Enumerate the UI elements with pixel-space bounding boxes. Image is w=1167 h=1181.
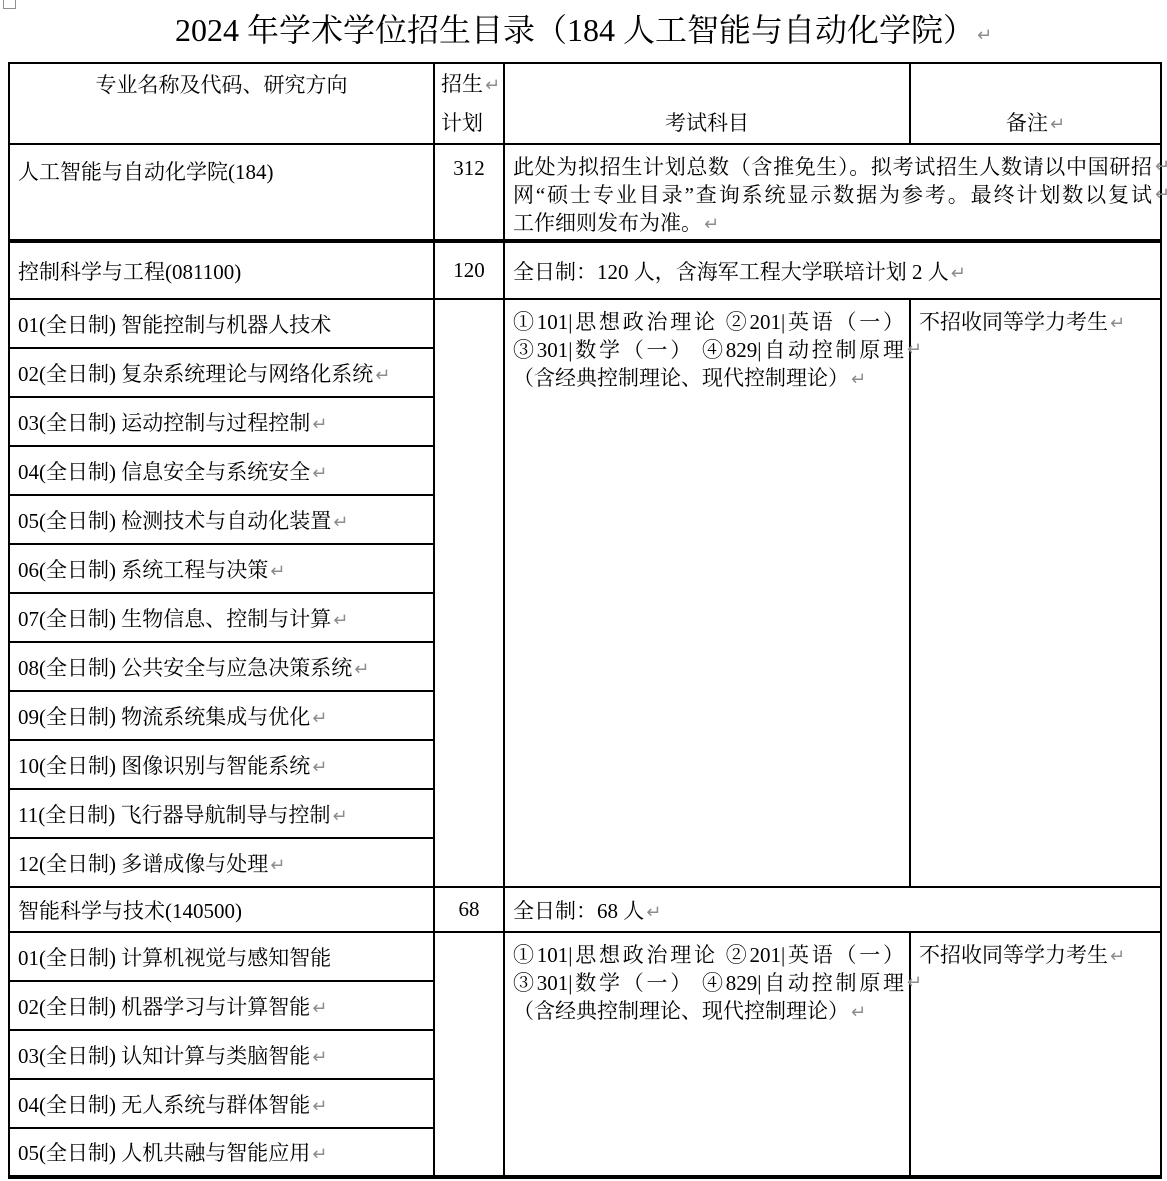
direction-cell: 08(全日制) 公共安全与应急决策系统↵: [9, 642, 434, 691]
header-quota-line2: 计划: [441, 104, 503, 143]
direction-cell: 10(全日制) 图像识别与智能系统↵: [9, 740, 434, 789]
paragraph-mark-icon: ↵: [310, 1144, 327, 1165]
paragraph-mark-icon: ↵: [702, 214, 719, 235]
header-quota-column: 招生↵ 计划: [434, 63, 504, 144]
paragraph-mark-icon: ↵: [268, 855, 285, 876]
program2-note-cell: 全日制：68 人↵: [504, 887, 1161, 932]
program1-quota-cell: 120: [434, 241, 504, 299]
paragraph-mark-icon: ↵: [310, 414, 327, 435]
program1-exam-subjects-cell: ①101|思想政治理论 ②201|英语（一） ③301|数学（一） ④829|自…: [504, 299, 910, 887]
paragraph-mark-icon: ↵: [331, 512, 348, 533]
line-break-mark-icon: ↵: [1153, 181, 1167, 209]
line-break-mark-icon: ↵: [905, 969, 922, 997]
header-major-column: 专业名称及代码、研究方向: [9, 63, 434, 144]
direction-cell: 09(全日制) 物流系统集成与优化↵: [9, 691, 434, 740]
exam-line: ①101|思想政治理论 ②201|英语（一）: [513, 308, 904, 336]
exam-line: （含经典控制理论、现代控制理论）↵: [513, 997, 904, 1027]
paragraph-mark-icon: ↵: [310, 757, 327, 778]
paragraph-mark-icon: ↵: [849, 369, 866, 390]
paragraph-mark-icon: ↵: [310, 708, 327, 729]
direction-cell: 11(全日制) 飞行器导航制导与控制↵: [9, 789, 434, 838]
line-break-mark-icon: ↵: [905, 336, 922, 364]
program2-name-cell: 智能科学与技术(140500): [9, 887, 434, 932]
college-note-line: 工作细则发布为准。↵: [513, 209, 1152, 239]
page-title: 2024 年学术学位招生目录（184 人工智能与自动化学院）↵: [0, 5, 1167, 51]
exam-line: ③301|数学（一） ④829|自动控制原理↵: [513, 969, 904, 997]
direction-cell: 02(全日制) 复杂系统理论与网络化系统↵: [9, 348, 434, 397]
paragraph-mark-icon: ↵: [310, 1096, 327, 1117]
document-page: 2024 年学术学位招生目录（184 人工智能与自动化学院）↵ 专业名称及代码、…: [0, 0, 1167, 1181]
college-note-cell: 此处为拟招生计划总数（含推免生）。拟考试招生人数请以中国研招↵ 网“硕士专业目录…: [504, 144, 1161, 241]
direction-cell: 03(全日制) 认知计算与类脑智能↵: [9, 1030, 434, 1079]
direction-row: 01(全日制) 计算机视觉与感知智能 ①101|思想政治理论 ②201|英语（一…: [9, 932, 1161, 981]
paragraph-mark-icon: ↵: [975, 25, 992, 46]
direction-cell: 01(全日制) 计算机视觉与感知智能: [9, 932, 434, 981]
program1-note-cell: 全日制：120 人，含海军工程大学联培计划 2 人↵: [504, 241, 1161, 299]
direction-cell: 02(全日制) 机器学习与计算智能↵: [9, 981, 434, 1030]
direction-cell: 03(全日制) 运动控制与过程控制↵: [9, 397, 434, 446]
page-title-text: 2024 年学术学位招生目录（184 人工智能与自动化学院）: [175, 12, 975, 48]
college-quota-cell: 312: [434, 144, 504, 241]
exam-line: ③301|数学（一） ④829|自动控制原理↵: [513, 336, 904, 364]
program2-quota-cell: 68: [434, 887, 504, 932]
paragraph-mark-icon: ↵: [331, 610, 348, 631]
exam-line: （含经典控制理论、现代控制理论）↵: [513, 364, 904, 394]
direction-cell: 07(全日制) 生物信息、控制与计算↵: [9, 593, 434, 642]
college-name-cell: 人工智能与自动化学院(184): [9, 144, 434, 241]
paragraph-mark-icon: [331, 949, 333, 970]
paragraph-mark-icon: ↵: [483, 75, 500, 96]
direction-cell: 05(全日制) 人机共融与智能应用↵: [9, 1128, 434, 1177]
program2-remark-cell: 不招收同等学力考生↵: [910, 932, 1161, 1177]
direction-cell: 12(全日制) 多谱成像与处理↵: [9, 838, 434, 887]
college-note-line: 此处为拟招生计划总数（含推免生）。拟考试招生人数请以中国研招↵: [513, 153, 1152, 181]
paragraph-mark-icon: ↵: [1048, 114, 1065, 135]
program1-row: 控制科学与工程(081100) 120 全日制：120 人，含海军工程大学联培计…: [9, 241, 1161, 299]
direction-cell: 04(全日制) 无人系统与群体智能↵: [9, 1079, 434, 1128]
header-remark-column: 备注↵: [910, 63, 1161, 144]
program1-remark-cell: 不招收同等学力考生↵: [910, 299, 1161, 887]
line-break-mark-icon: ↵: [1153, 153, 1167, 181]
exam-line: ①101|思想政治理论 ②201|英语（一）: [513, 941, 904, 969]
college-note-line: 网“硕士专业目录”查询系统显示数据为参考。最终计划数以复试↵: [513, 181, 1152, 209]
program2-row: 智能科学与技术(140500) 68 全日制：68 人↵: [9, 887, 1161, 932]
program2-quota-span-cell: [434, 932, 504, 1177]
paragraph-mark-icon: ↵: [330, 806, 347, 827]
header-quota-line1: 招生↵: [441, 65, 503, 104]
paragraph-mark-icon: [331, 316, 333, 337]
table-header-row: 专业名称及代码、研究方向 招生↵ 计划 考试科目 备注↵: [9, 63, 1161, 144]
admissions-catalog-table: 专业名称及代码、研究方向 招生↵ 计划 考试科目 备注↵ 人工智能与自动化学院(…: [8, 62, 1162, 1179]
direction-cell: 04(全日制) 信息安全与系统安全↵: [9, 446, 434, 495]
direction-cell: 05(全日制) 检测技术与自动化装置↵: [9, 495, 434, 544]
paragraph-mark-icon: ↵: [310, 463, 327, 484]
paragraph-mark-icon: ↵: [644, 902, 661, 923]
direction-row: 01(全日制) 智能控制与机器人技术 ①101|思想政治理论 ②201|英语（一…: [9, 299, 1161, 348]
paragraph-mark-icon: ↵: [310, 998, 327, 1019]
paragraph-mark-icon: ↵: [268, 561, 285, 582]
paragraph-mark-icon: ↵: [1108, 946, 1125, 967]
paragraph-mark-icon: ↵: [352, 659, 369, 680]
program2-exam-subjects-cell: ①101|思想政治理论 ②201|英语（一） ③301|数学（一） ④829|自…: [504, 932, 910, 1177]
header-exam-column: 考试科目: [504, 63, 910, 144]
paragraph-mark-icon: ↵: [1108, 313, 1125, 334]
direction-cell: 01(全日制) 智能控制与机器人技术: [9, 299, 434, 348]
direction-cell: 06(全日制) 系统工程与决策↵: [9, 544, 434, 593]
program1-name-cell: 控制科学与工程(081100): [9, 241, 434, 299]
paragraph-mark-icon: ↵: [849, 1002, 866, 1023]
paragraph-mark-icon: ↵: [373, 365, 390, 386]
paragraph-mark-icon: ↵: [949, 263, 966, 284]
college-total-row: 人工智能与自动化学院(184) 312 此处为拟招生计划总数（含推免生）。拟考试…: [9, 144, 1161, 241]
program1-quota-span-cell: [434, 299, 504, 887]
paragraph-mark-icon: ↵: [310, 1047, 327, 1068]
